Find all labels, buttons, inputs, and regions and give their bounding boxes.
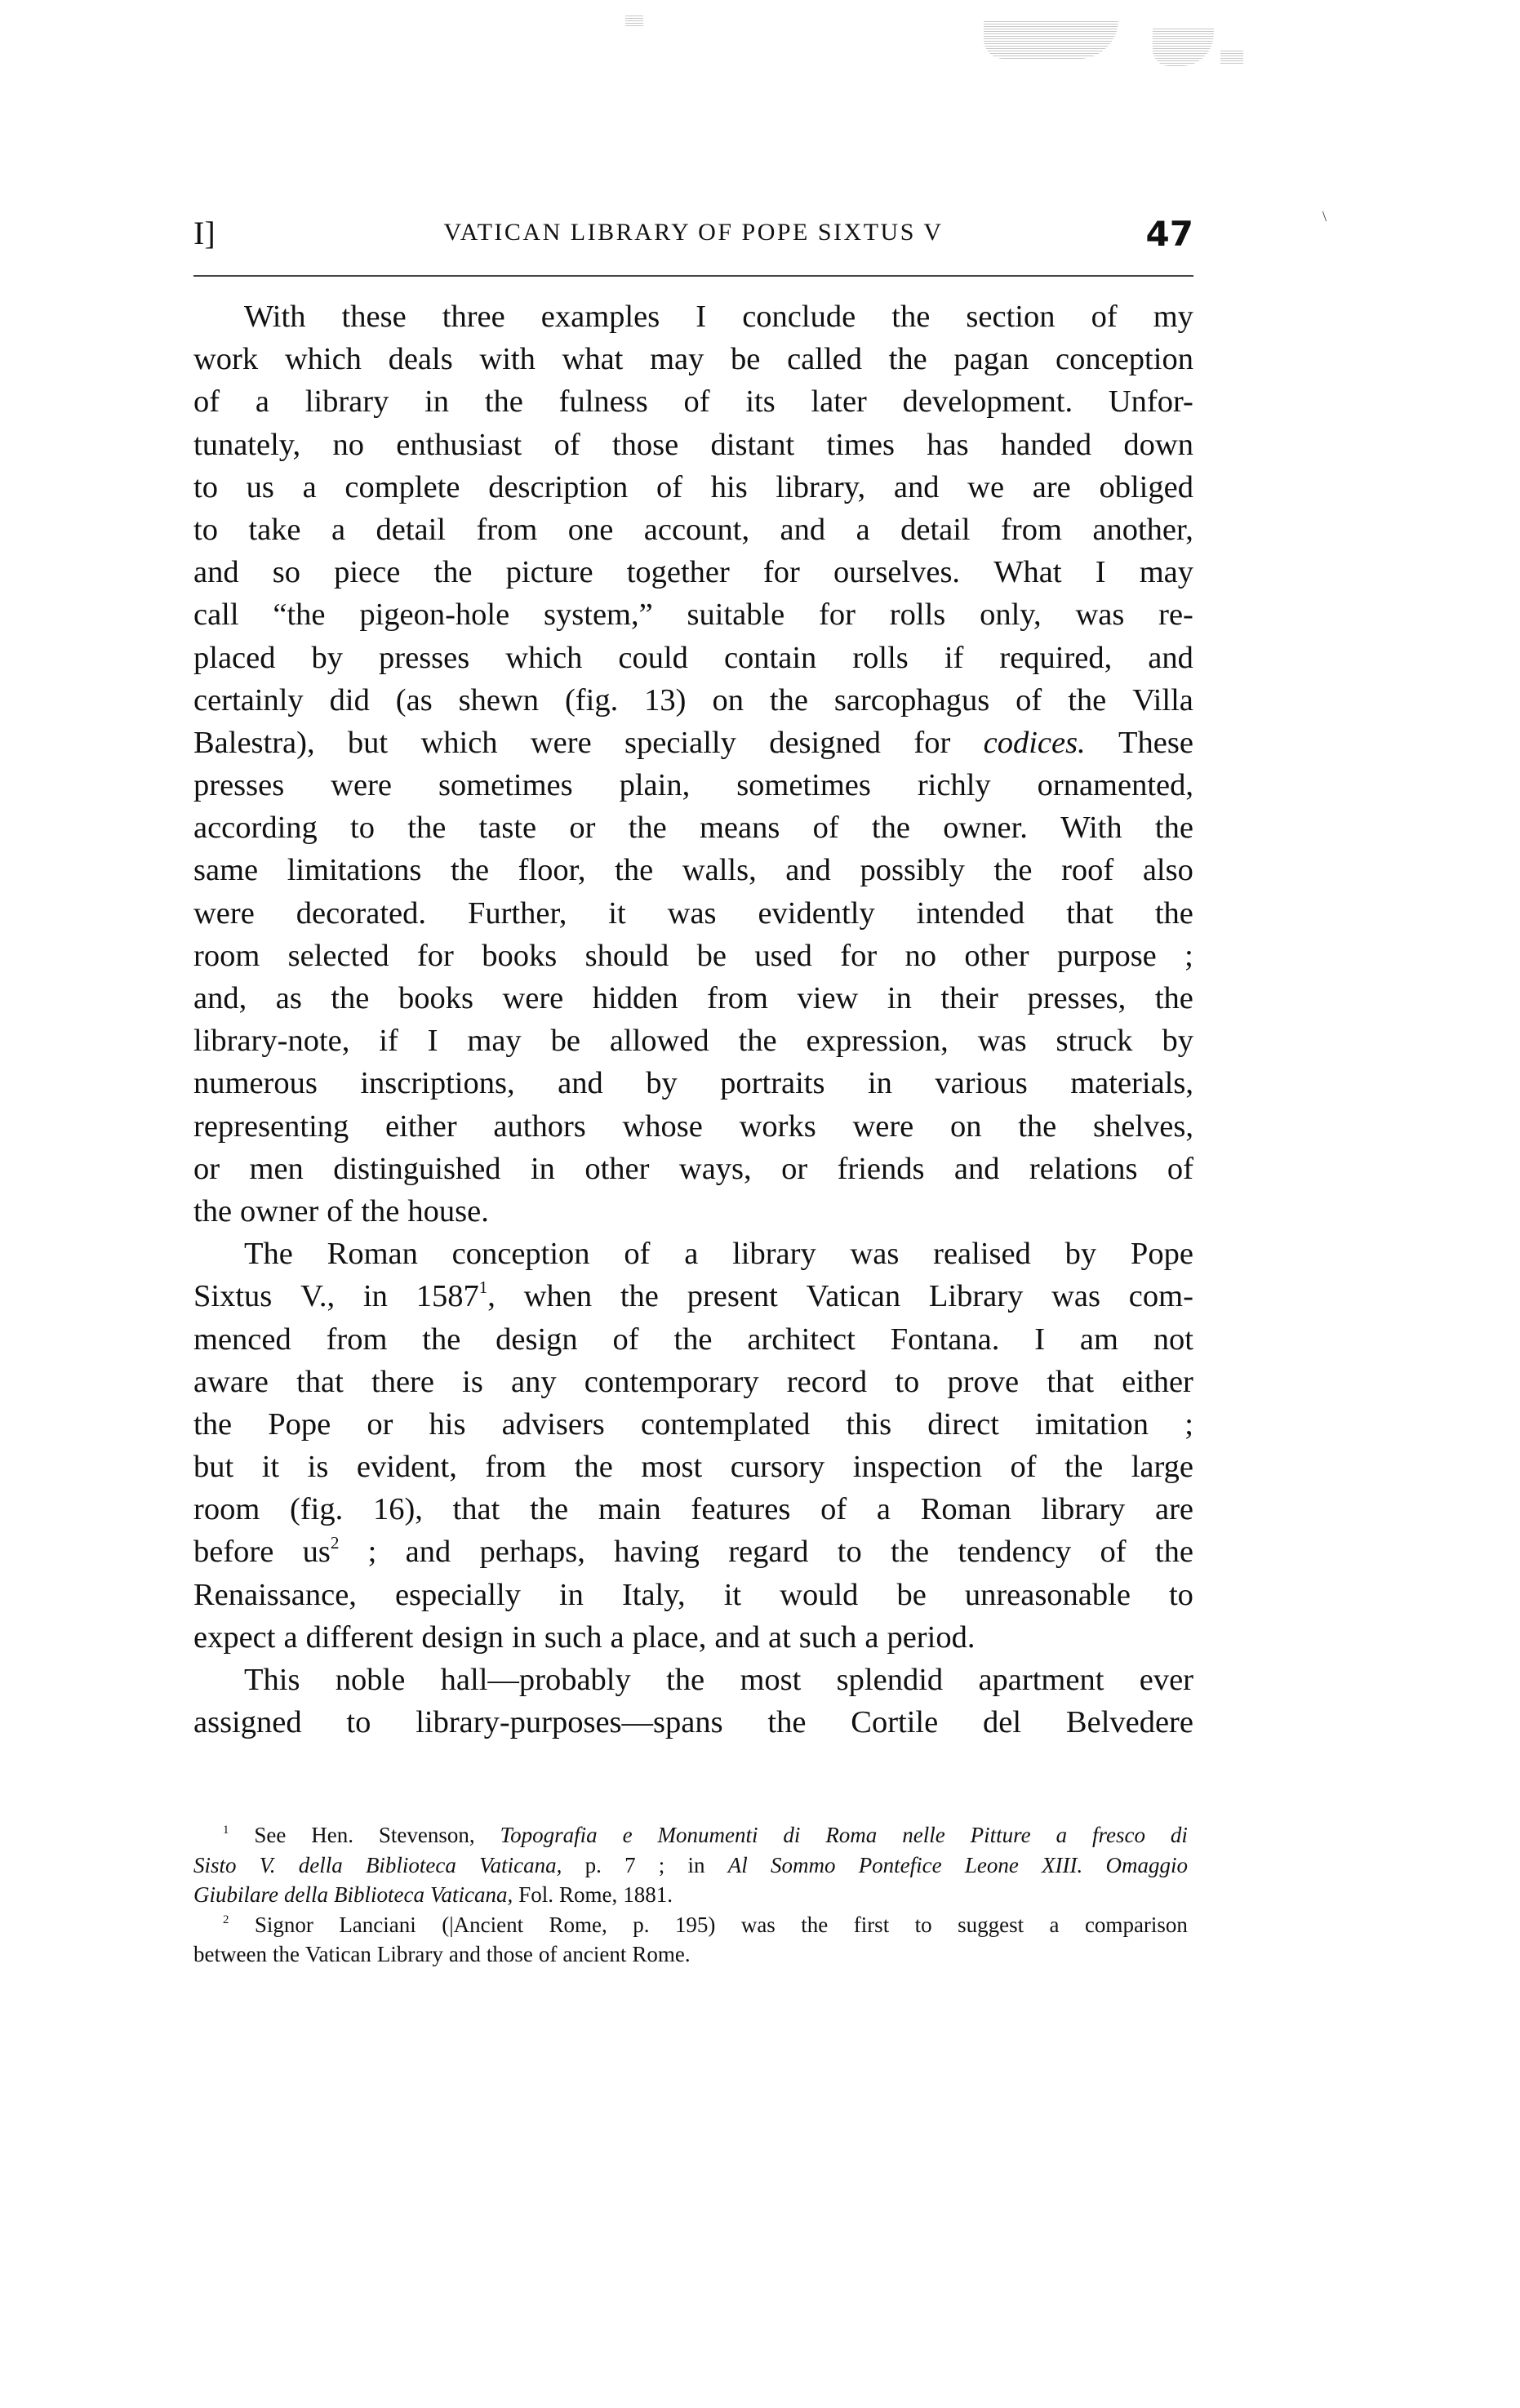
footnote-line: 2SignorLanciani(|AncientRome,p.195)wasth…: [193, 1910, 1188, 1940]
body-line: samelimitationsthefloor,thewalls,andposs…: [193, 849, 1193, 891]
running-head: I] VATICAN LIBRARY OF POPE SIXTUS V 47: [193, 214, 1193, 263]
body-line: room(fig.16),thatthemainfeaturesofaRoman…: [193, 1488, 1193, 1531]
body-line: placedbypresseswhichcouldcontainrollsifr…: [193, 637, 1193, 679]
body-line: pressesweresometimesplain,sometimesrichl…: [193, 764, 1193, 806]
body-line: workwhichdealswithwhatmaybecalledthepaga…: [193, 338, 1193, 380]
page-number: 47: [1146, 214, 1193, 254]
scan-artifact: [1220, 49, 1243, 64]
body-line: ofalibraryinthefulnessofitslaterdevelopm…: [193, 380, 1193, 423]
body-line: weredecorated.Further,itwasevidentlyinte…: [193, 892, 1193, 935]
body-text: WiththesethreeexamplesIconcludethesectio…: [193, 295, 1193, 1744]
body-line: accordingtothetasteorthemeansoftheowner.…: [193, 806, 1193, 849]
stray-mark: \: [1322, 208, 1327, 225]
body-line: assignedtolibrary-purposes—spanstheCorti…: [193, 1701, 1193, 1744]
body-line: tousacompletedescriptionofhislibrary,and…: [193, 466, 1193, 509]
body-line: thePopeorhisadviserscontemplatedthisdire…: [193, 1403, 1193, 1446]
body-line: butitisevident,fromthemostcursoryinspect…: [193, 1446, 1193, 1488]
body-line: library-note,ifImaybeallowedtheexpressio…: [193, 1020, 1193, 1062]
body-line: theownerofthehouse.: [193, 1190, 1193, 1233]
header-rule: [193, 275, 1193, 277]
body-line: and,asthebookswerehiddenfromviewintheirp…: [193, 977, 1193, 1020]
body-line: representingeitherauthorswhoseworkswereo…: [193, 1105, 1193, 1148]
body-line: call“thepigeon-holesystem,”suitableforro…: [193, 593, 1193, 636]
running-title: VATICAN LIBRARY OF POPE SIXTUS V: [193, 219, 1193, 247]
body-line: SixtusV.,in15871,whenthepresentVaticanLi…: [193, 1275, 1193, 1317]
body-line: mencedfromthedesignofthearchitectFontana…: [193, 1318, 1193, 1361]
footnotes: 1SeeHen.Stevenson,TopografiaeMonumentidi…: [193, 1820, 1188, 1970]
body-line: TheRomanconceptionofalibrarywasrealisedb…: [193, 1233, 1193, 1275]
scan-artifact: [1153, 27, 1214, 66]
body-line: WiththesethreeexamplesIconcludethesectio…: [193, 295, 1193, 338]
body-line: beforeus2;andperhaps,havingregardtothete…: [193, 1531, 1193, 1573]
body-line: Renaissance,especiallyinItaly,itwouldbeu…: [193, 1574, 1193, 1616]
body-line: Thisnoblehall—probablythemostsplendidapa…: [193, 1659, 1193, 1701]
footnote-line: 1SeeHen.Stevenson,TopografiaeMonumentidi…: [193, 1820, 1188, 1850]
footnote-line: betweentheVaticanLibraryandthoseofancien…: [193, 1939, 1188, 1970]
scan-artifact: [984, 20, 1118, 59]
body-line: ormendistinguishedinotherways,orfriendsa…: [193, 1148, 1193, 1190]
body-line: Balestra),butwhichwerespeciallydesignedf…: [193, 722, 1193, 764]
body-line: andsopiecethepicturetogetherforourselves…: [193, 551, 1193, 593]
footnote-line: SistoV.dellaBibliotecaVaticana,p.7;inAlS…: [193, 1850, 1188, 1881]
scan-artifact: [625, 15, 643, 26]
body-line: awarethatthereisanycontemporaryrecordtop…: [193, 1361, 1193, 1403]
body-line: tunately,noenthusiastofthosedistanttimes…: [193, 424, 1193, 466]
body-line: numerousinscriptions,andbyportraitsinvar…: [193, 1062, 1193, 1104]
body-line: roomselectedforbooksshouldbeusedfornooth…: [193, 935, 1193, 977]
body-line: totakeadetailfromoneaccount,andadetailfr…: [193, 509, 1193, 551]
body-line: expectadifferentdesigninsuchaplace,andat…: [193, 1616, 1193, 1659]
footnote-line: GiubilaredellaBibliotecaVaticana,Fol.Rom…: [193, 1880, 1188, 1910]
body-line: certainlydid(asshewn(fig.13)onthesarcoph…: [193, 679, 1193, 722]
